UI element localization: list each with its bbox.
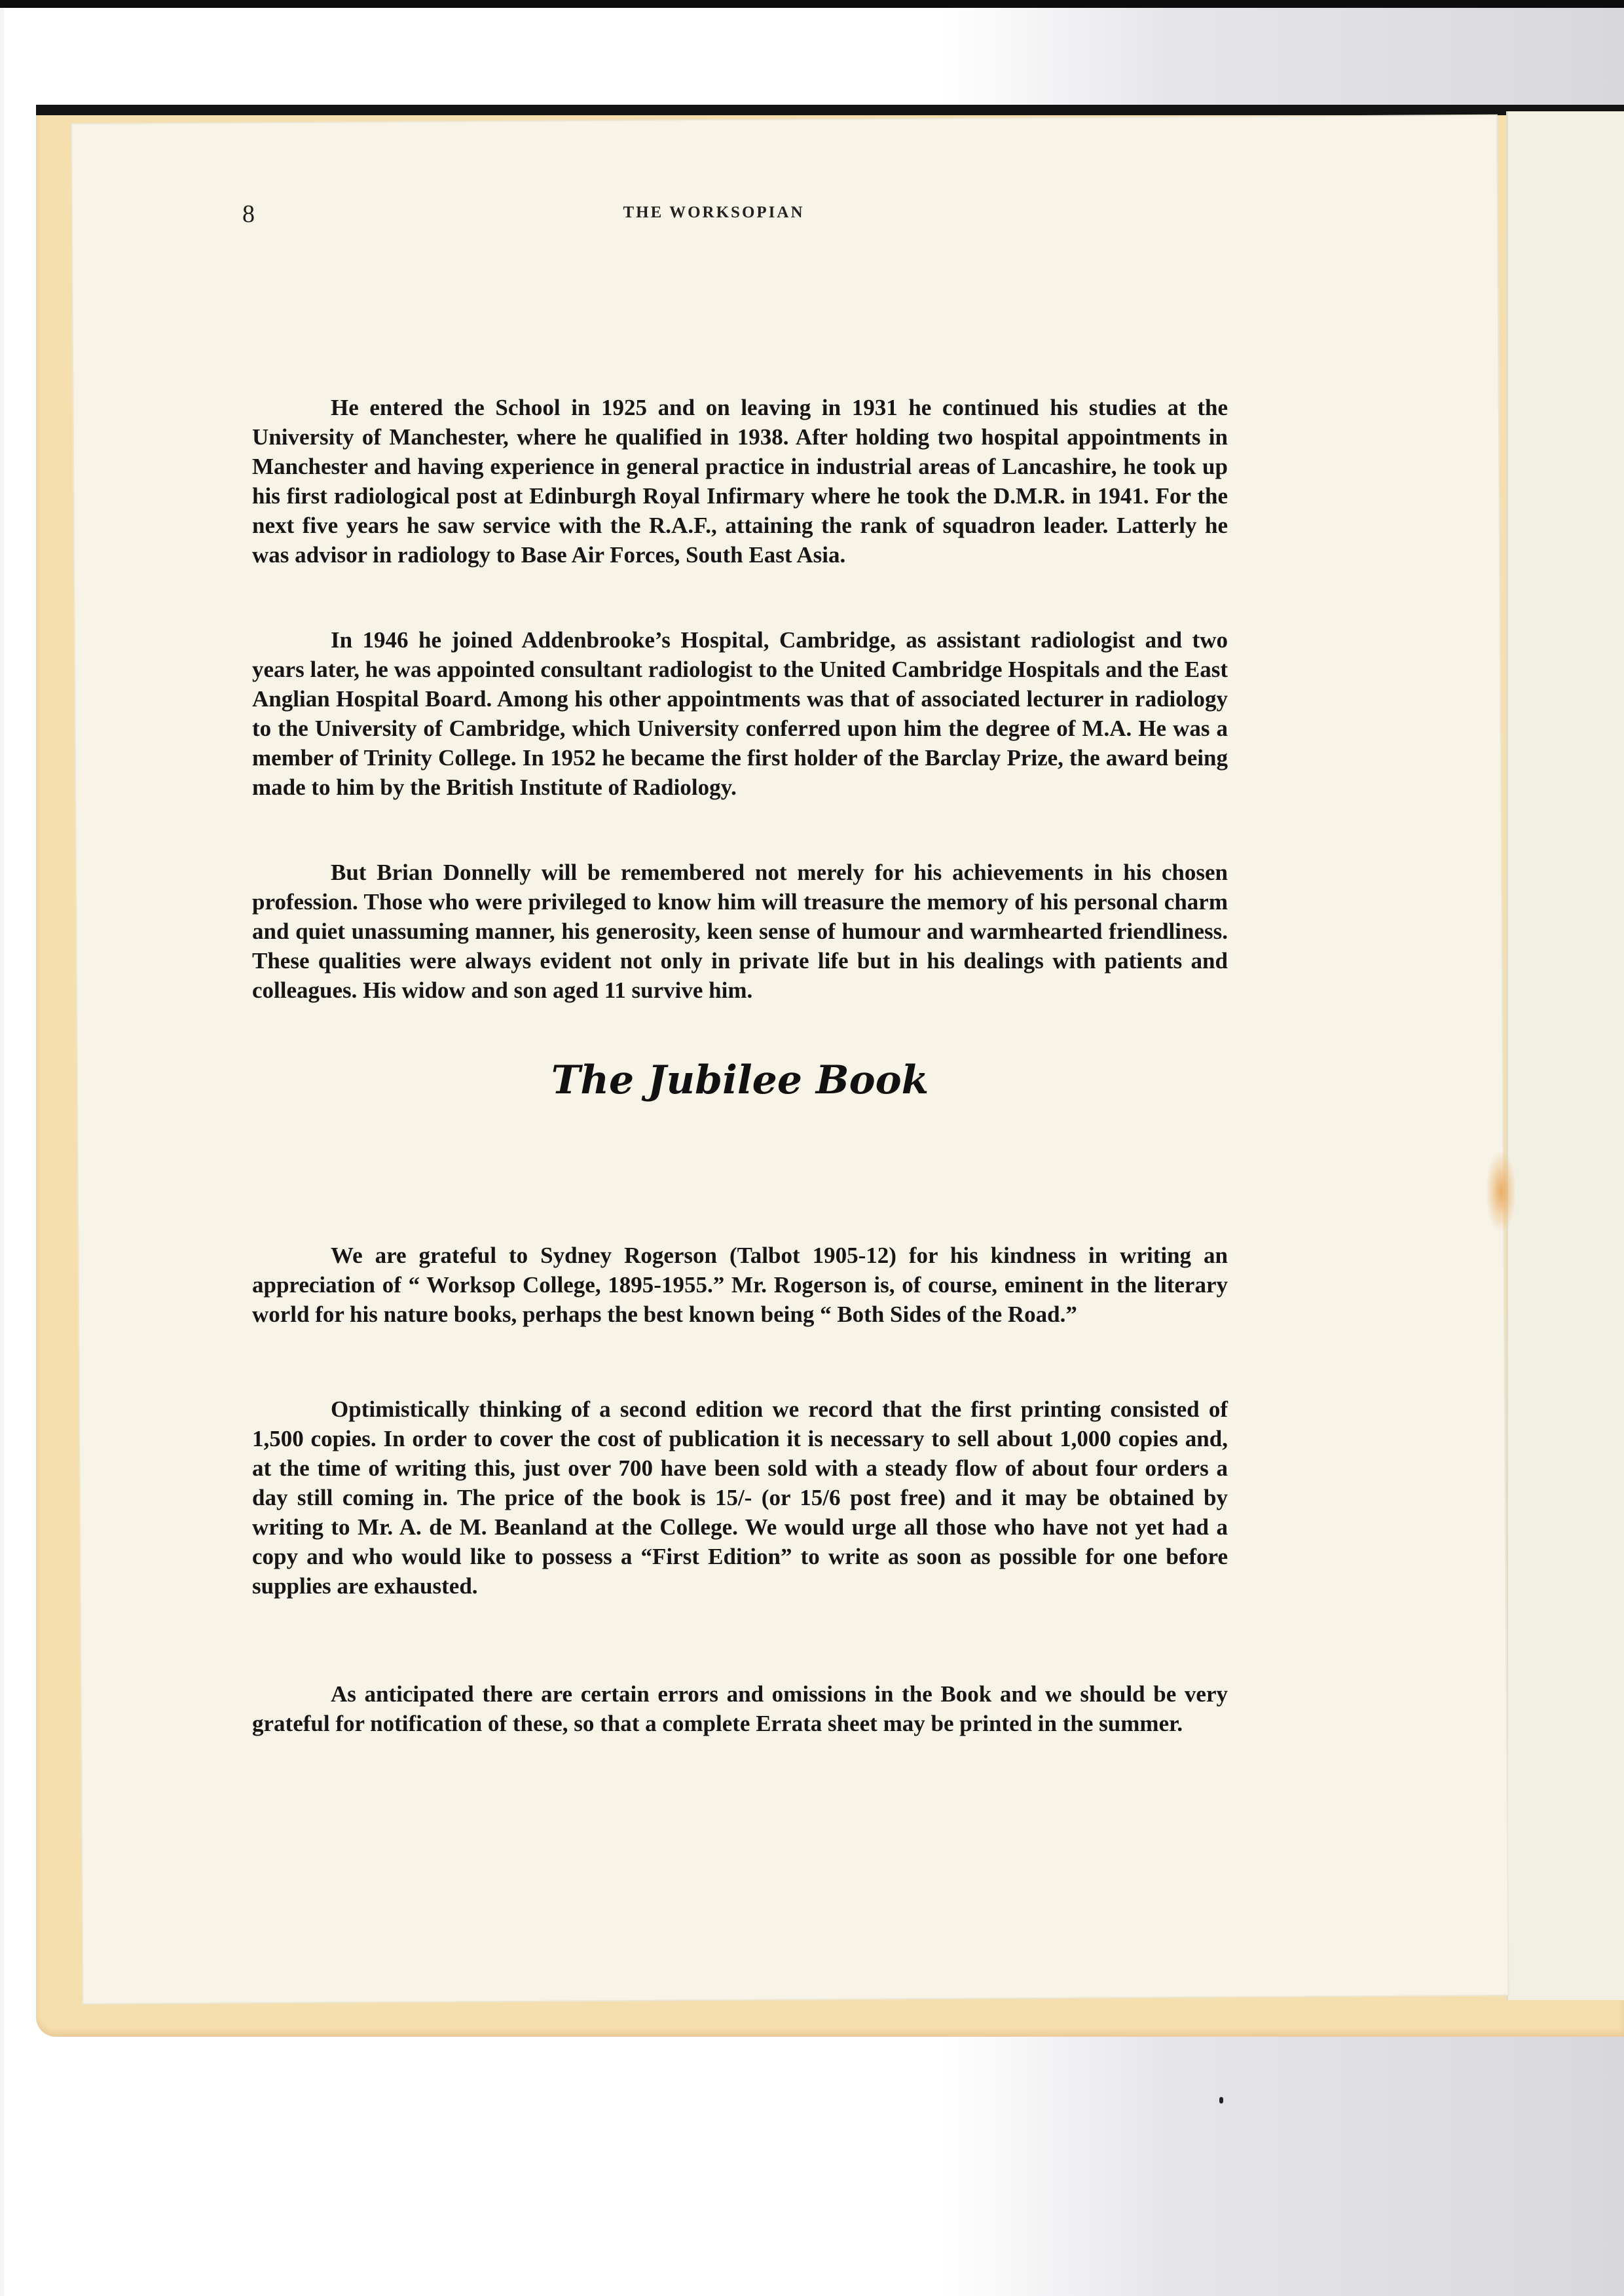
journal-title: THE WORKSOPIAN: [242, 204, 1185, 222]
paragraph: In 1946 he joined Addenbrooke’s Hospital…: [252, 625, 1228, 802]
scanner-left-edge: [0, 8, 4, 2296]
paragraph: As anticipated there are certain errors …: [252, 1679, 1228, 1738]
dust-speck: [1219, 2097, 1223, 2104]
paragraph: Optimistically thinking of a second edit…: [252, 1394, 1228, 1601]
jubilee-paragraph-3: As anticipated there are certain errors …: [252, 1679, 1228, 1738]
paragraph: He entered the School in 1925 and on lea…: [252, 393, 1228, 570]
section-heading: The Jubilee Book: [252, 1057, 1228, 1103]
obituary-paragraph-2: In 1946 he joined Addenbrooke’s Hospital…: [252, 625, 1228, 802]
paper-stain: [1486, 1152, 1515, 1231]
paragraph: But Brian Donnelly will be remembered no…: [252, 858, 1228, 1005]
facing-page-edge: [1506, 111, 1624, 2000]
jubilee-paragraph-1: We are grateful to Sydney Rogerson (Talb…: [252, 1241, 1228, 1329]
scanner-top-edge: [0, 0, 1624, 8]
paragraph: We are grateful to Sydney Rogerson (Talb…: [252, 1241, 1228, 1329]
obituary-paragraph-3: But Brian Donnelly will be remembered no…: [252, 858, 1228, 1005]
jubilee-paragraph-2: Optimistically thinking of a second edit…: [252, 1394, 1228, 1601]
running-head: 8 THE WORKSOPIAN: [242, 200, 1185, 239]
obituary-paragraph-1: He entered the School in 1925 and on lea…: [252, 393, 1228, 570]
